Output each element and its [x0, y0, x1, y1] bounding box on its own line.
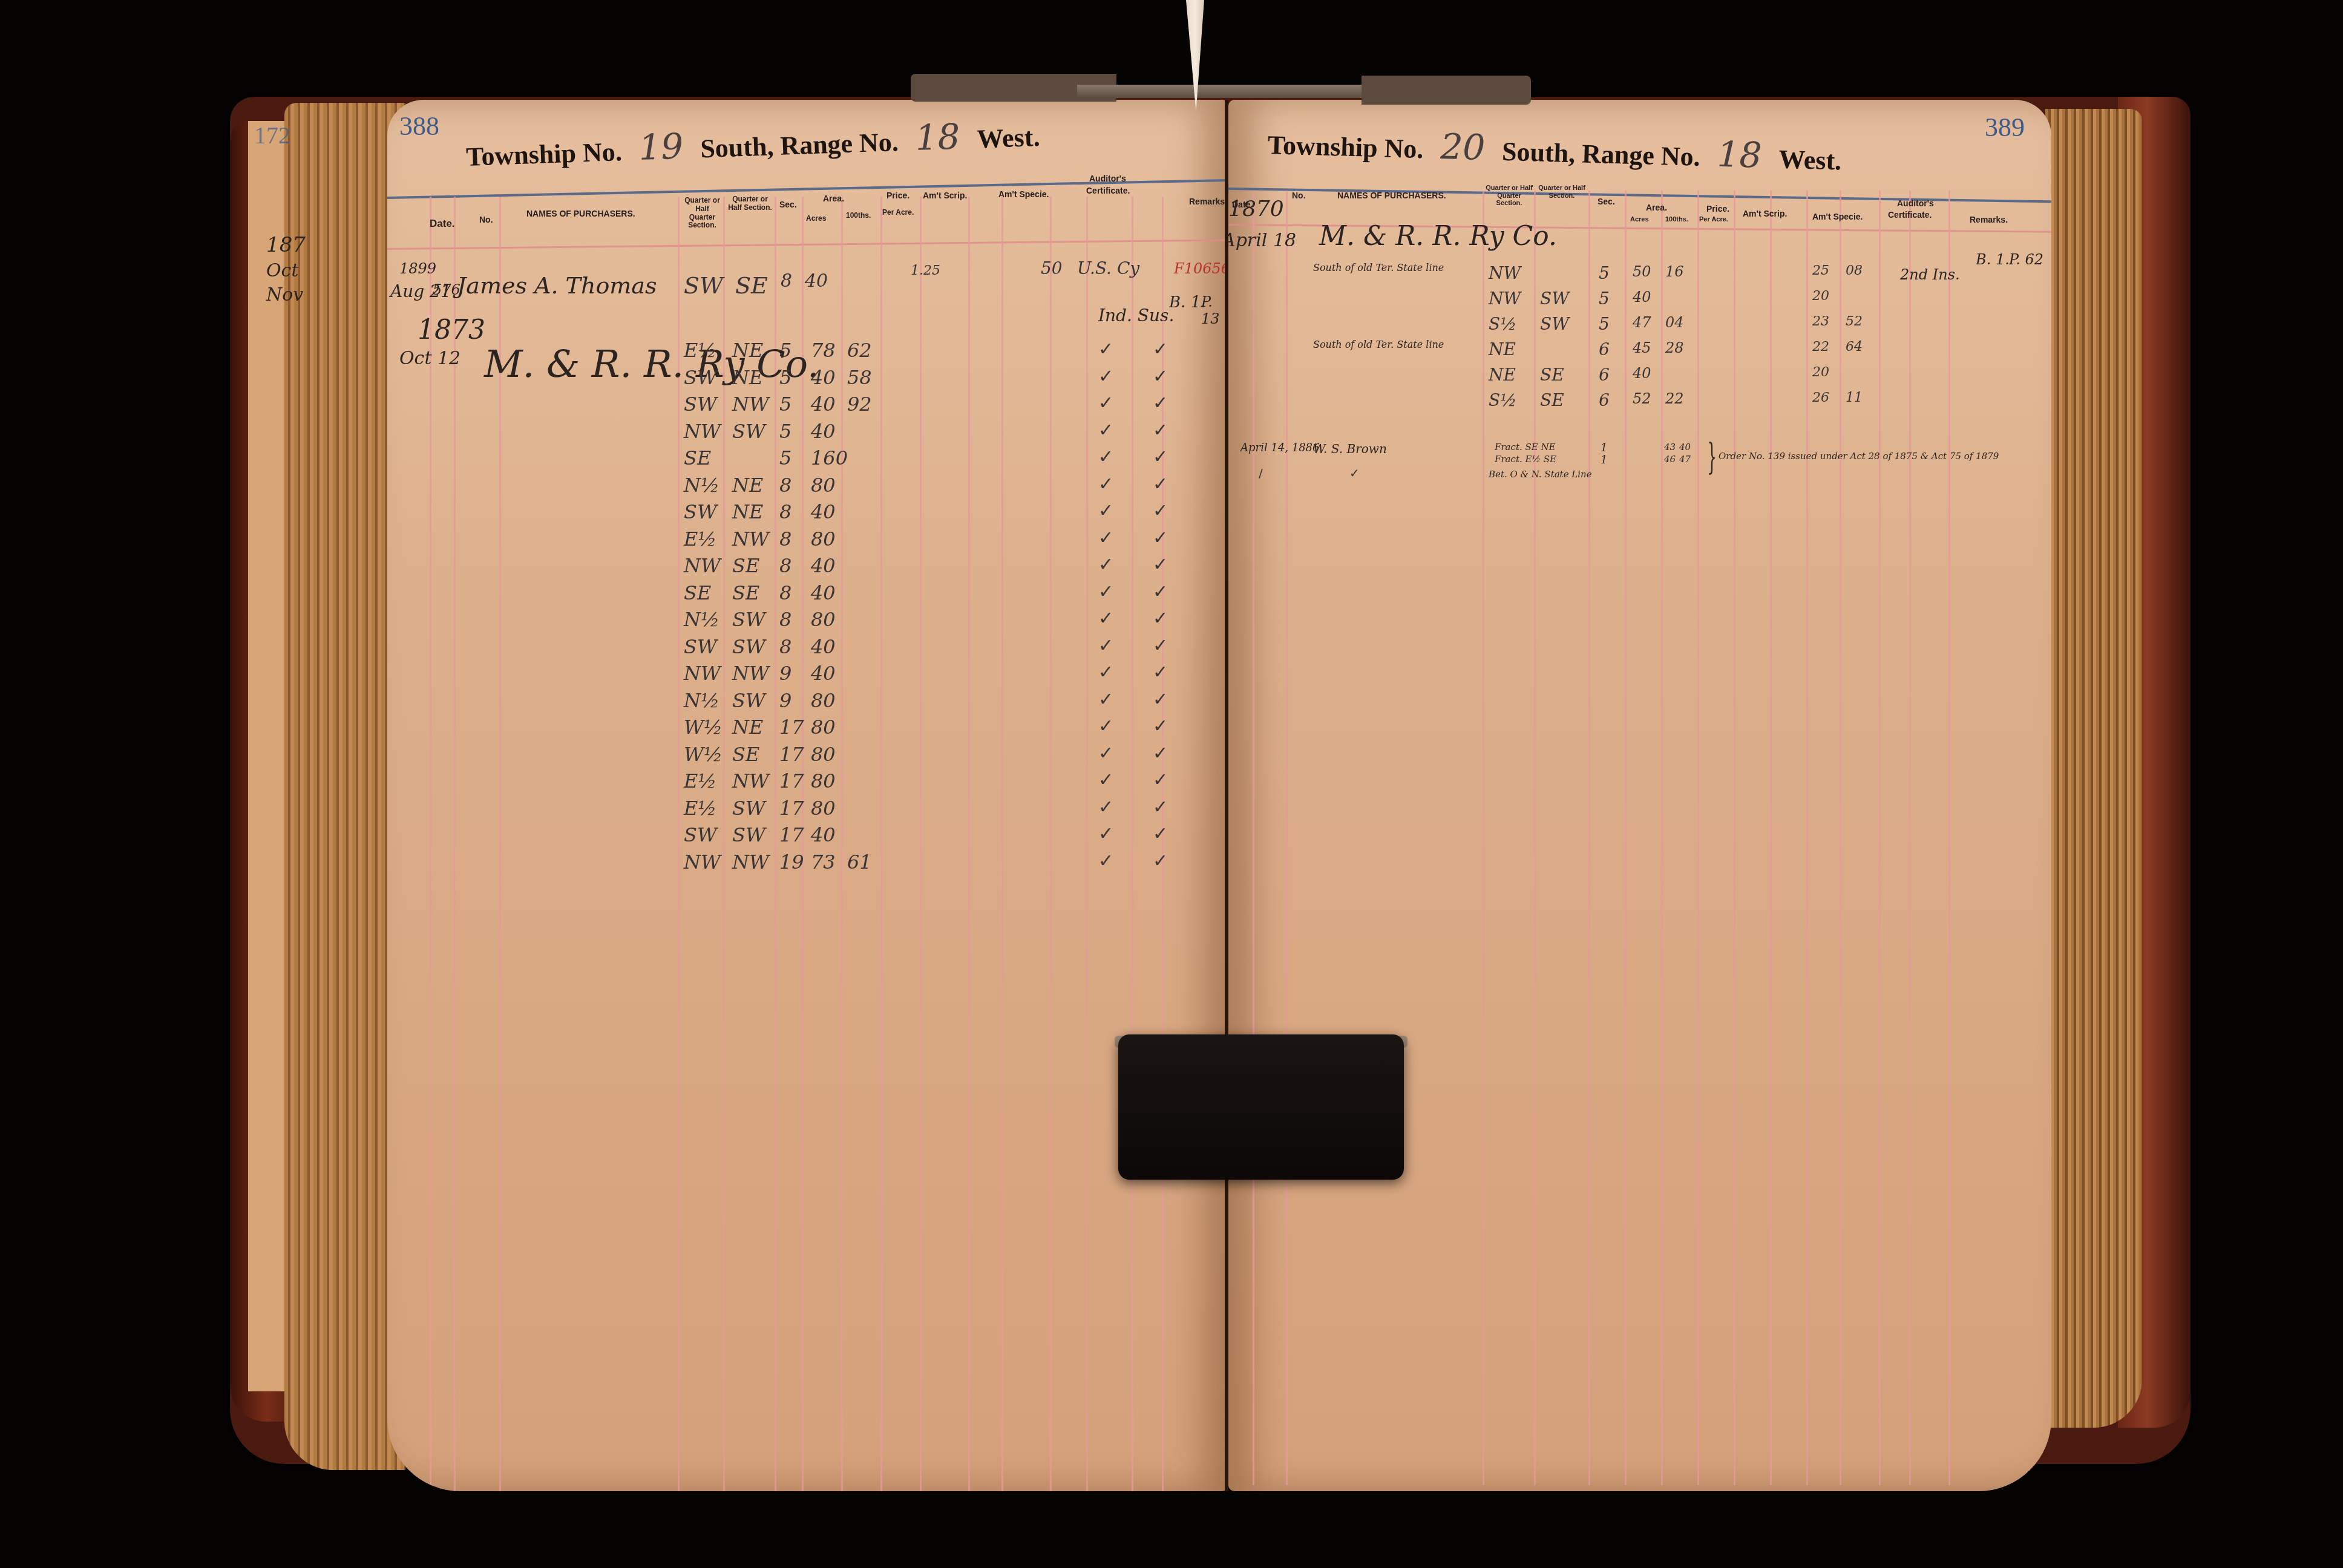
- cell-specie-cts: 08: [1846, 263, 1863, 278]
- column-rule: [1253, 191, 1254, 1485]
- column-rule: [1948, 191, 1950, 1485]
- cell-qh: SE: [1540, 390, 1564, 410]
- column-rule: [454, 197, 456, 1491]
- township-label: Township No.: [465, 137, 622, 172]
- cell-acres: 160: [811, 446, 848, 469]
- cell-sec: 6: [1599, 365, 1610, 385]
- purchaser-name: M. & R. R. Ry Co.: [484, 342, 819, 386]
- cell-qh: SW: [732, 608, 765, 631]
- cell-hundredths: 61: [847, 851, 872, 874]
- cell-sec: 6: [1599, 390, 1610, 410]
- cell-hundredths: 47: [1679, 454, 1691, 465]
- cell-acres: 50: [1633, 263, 1651, 280]
- column-rule: [1483, 191, 1484, 1485]
- col-quarter-half: Quarter or Half Section.: [1538, 185, 1585, 200]
- column-rule: [968, 197, 970, 1491]
- remark-order: Order No. 139 issued under Act 28 of 187…: [1719, 451, 1999, 462]
- cell-sec: 8: [779, 528, 791, 550]
- col-quarter-half-quarter: Quarter or Half Quarter Section.: [1486, 185, 1533, 207]
- col-per-acre: Per Acre.: [882, 209, 914, 217]
- check-mark: ✓: [1153, 500, 1168, 521]
- check-mark: ✓: [1153, 420, 1168, 441]
- cell-specie-cts: 11: [1846, 390, 1863, 405]
- cell-sec: 17: [779, 769, 804, 792]
- cell-specie-dols: 22: [1812, 339, 1829, 354]
- cell-acres: 80: [811, 769, 836, 792]
- cell-qh: NE: [732, 500, 763, 523]
- check-mark: ✓: [1153, 608, 1168, 629]
- cell-specie-dols: 20: [1812, 289, 1829, 304]
- cell-acres: 78: [811, 339, 836, 362]
- col-scrip: Am't Scrip.: [1743, 209, 1787, 218]
- cell-qh: NW: [732, 393, 769, 416]
- column-rule: [1086, 197, 1088, 1491]
- cell-qh: SW: [1540, 314, 1569, 334]
- check-mark: ✓: [1153, 339, 1168, 360]
- cell-qh: SE: [732, 554, 759, 577]
- cell-qhq: SW: [684, 272, 723, 299]
- col-area: Area.: [1646, 203, 1667, 212]
- cell-specie-dols: 23: [1812, 314, 1829, 329]
- col-remarks: Remarks.: [1970, 215, 2008, 224]
- margin-note-month-2: Nov: [266, 284, 303, 305]
- cell-specie-dols: 26: [1812, 390, 1829, 405]
- cell-specie-dols: 25: [1812, 263, 1829, 278]
- cell-acres: 40: [811, 823, 836, 846]
- cell-qhq: E½: [684, 797, 716, 820]
- cell-qh: SW: [732, 689, 765, 712]
- col-acres: Acres: [1630, 216, 1649, 224]
- cell-qhq: NW: [1489, 263, 1521, 283]
- check-mark: ✓: [1098, 393, 1113, 414]
- check-mark: ✓: [1098, 662, 1113, 683]
- cell-qhq: S½: [1489, 390, 1516, 410]
- col-date: Date.: [430, 218, 455, 230]
- col-certificate: Certificate.: [1086, 186, 1130, 195]
- col-sec: Sec.: [1597, 197, 1615, 206]
- cell-sec: 5: [1599, 314, 1610, 334]
- paperweight[interactable]: [1118, 1034, 1404, 1180]
- column-rule: [499, 197, 501, 1491]
- cell-sec: 17: [779, 716, 804, 739]
- page-title: Township No.20South, Range No.18West.: [1267, 121, 1842, 178]
- cell-qhq: SW: [684, 500, 717, 523]
- cell-sec: 8: [779, 581, 791, 604]
- cell-qhq: NW: [684, 662, 721, 685]
- margin-note-month: Oct: [266, 260, 298, 281]
- col-certificate: Certificate.: [1888, 210, 1932, 220]
- cell-qh: SE: [732, 581, 759, 604]
- page-number: 389: [1985, 112, 2025, 143]
- check-mark: ✓: [1098, 823, 1113, 844]
- col-remarks: Remarks.: [1189, 197, 1227, 206]
- cell-acres: 40: [811, 581, 836, 604]
- check-mark: ✓: [1153, 446, 1168, 468]
- cell-qhq: SW: [684, 393, 717, 416]
- entry-date: April 14, 1886: [1240, 442, 1320, 454]
- col-no: No.: [479, 215, 493, 224]
- check-mark: ✓: [1098, 554, 1113, 575]
- cell-qh: NE: [732, 716, 763, 739]
- remark-red-ink: F10656: [1174, 260, 1228, 277]
- cell-qh: NW: [732, 528, 769, 550]
- cell-acres: 52: [1633, 390, 1651, 407]
- cell-price: 1.25: [911, 263, 940, 278]
- check-mark: ✓: [1153, 366, 1168, 387]
- col-acres: Acres: [806, 215, 826, 223]
- cell-sec: 6: [1599, 339, 1610, 359]
- cell-qhq: W½: [684, 743, 723, 766]
- check-mark: ✓: [1098, 769, 1113, 791]
- cell-acres: 40: [811, 635, 836, 658]
- cell-qhq: NW: [1489, 289, 1521, 309]
- cell-acres: 80: [811, 716, 836, 739]
- column-rule: [1001, 197, 1003, 1491]
- township-label: Township No.: [1267, 130, 1424, 164]
- cell-acres: 45: [1633, 339, 1651, 356]
- entry-date: April 18: [1228, 230, 1296, 251]
- purchaser-name: M. & R. R. Ry Co.: [1319, 221, 1557, 252]
- col-price: Price.: [1706, 204, 1729, 214]
- cell-qhq: N½: [684, 689, 719, 712]
- cell-acres: 40: [811, 420, 836, 443]
- cell-acres: 43: [1664, 442, 1676, 452]
- cell-sec: 1: [1601, 442, 1607, 454]
- column-rule: [775, 197, 776, 1491]
- column-rule: [841, 197, 843, 1491]
- cell-qhq: NW: [684, 420, 721, 443]
- col-specie: Am't Specie.: [998, 189, 1049, 199]
- cell-sec: 5: [779, 393, 791, 416]
- range-number: 18: [914, 116, 960, 159]
- cell-qhq: SW: [684, 635, 717, 658]
- right-page: 389 Township No.20South, Range No.18West…: [1228, 100, 2051, 1491]
- check-mark: ✓: [1153, 689, 1168, 710]
- cell-qh: NW: [732, 851, 769, 874]
- cell-sec: 8: [779, 474, 791, 497]
- spatula-shaft: [1077, 85, 1392, 98]
- remark-book: B. 1.: [1976, 251, 2010, 268]
- cell-specie-note: U.S. Cy: [1077, 258, 1139, 278]
- entry-year: 1870: [1228, 197, 1284, 221]
- col-hundredths: 100ths.: [1665, 216, 1688, 224]
- col-quarter-half: Quarter or Half Section.: [727, 195, 773, 212]
- township-number: 19: [638, 125, 684, 168]
- check-mark: ✓: [1153, 554, 1168, 575]
- col-specie: Am't Specie.: [1812, 212, 1863, 221]
- column-rule: [880, 197, 882, 1491]
- cell-acres: 40: [811, 554, 836, 577]
- cell-specie-cts: 64: [1846, 339, 1863, 354]
- remark-book: B. 1.: [1169, 293, 1205, 312]
- bracket: }: [1707, 436, 1716, 478]
- direction-label: West.: [1778, 145, 1842, 176]
- column-rule: [1697, 191, 1699, 1485]
- cell-qh: NE: [732, 366, 763, 389]
- margin-note-year: 187: [266, 233, 306, 257]
- col-quarter-half-quarter: Quarter or Half Quarter Section.: [683, 197, 722, 230]
- check-mark: ✓: [1153, 823, 1168, 844]
- check-mark: ✓: [1349, 466, 1360, 480]
- cell-qh: SE: [1540, 365, 1564, 385]
- remark-page: P. 62: [2009, 251, 2043, 268]
- cell-sec: 9: [779, 662, 791, 685]
- cell-sec: 8: [779, 500, 791, 523]
- check-mark: ✓: [1098, 851, 1113, 872]
- cell-acres: 40: [1633, 289, 1651, 305]
- cell-qhq: NW: [684, 851, 721, 874]
- cell-hundredths: 62: [847, 339, 872, 362]
- cell-hundredths: 58: [847, 366, 872, 389]
- column-rule: [1286, 191, 1288, 1485]
- cell-hundredths: 04: [1665, 314, 1684, 331]
- cell-qhq: N½: [684, 608, 719, 631]
- remark-2nd-ins: 2nd Ins.: [1900, 266, 1960, 283]
- check-mark: ✓: [1153, 769, 1168, 791]
- cell-acres: 40: [811, 366, 836, 389]
- cell-qh: NE: [732, 339, 763, 362]
- cell-sec: 17: [779, 743, 804, 766]
- entry-date: Oct 12: [399, 348, 460, 369]
- cell-qh: SW: [1540, 289, 1569, 309]
- column-rule: [1770, 191, 1772, 1485]
- cell-hundredths: 40: [1679, 442, 1691, 452]
- cell-specie-cts: 52: [1846, 314, 1863, 329]
- page-number: 388: [399, 111, 439, 142]
- cell-acres: 40: [805, 270, 828, 292]
- cell-acres: 40: [811, 393, 836, 416]
- cell-acres: 80: [811, 797, 836, 820]
- check-mark: ✓: [1153, 528, 1168, 549]
- check-mark: ✓: [1153, 716, 1168, 737]
- check-mark: ✓: [1153, 851, 1168, 872]
- cell-sec: 8: [779, 554, 791, 577]
- group-note: South of old Ter. State line: [1313, 339, 1444, 350]
- cell-qh: SE: [732, 743, 759, 766]
- cell-acres: 47: [1633, 314, 1651, 331]
- cell-qh: NW: [732, 662, 769, 685]
- cell-sec: 5: [779, 339, 791, 362]
- cell-specie: 50: [1041, 258, 1063, 278]
- range-label: South, Range No.: [700, 127, 899, 163]
- cell-sec: 5: [779, 366, 791, 389]
- cell-acres: 80: [811, 474, 836, 497]
- purchaser-name: W. S. Brown: [1313, 442, 1387, 456]
- col-per-acre: Per Acre.: [1699, 216, 1728, 224]
- cell-sec: 5: [1599, 289, 1610, 309]
- cell-acres: 73: [811, 851, 836, 874]
- spatula-blade-right: [1362, 76, 1531, 105]
- col-auditor: Auditor's: [1897, 198, 1934, 208]
- cell-qh: SW: [732, 797, 765, 820]
- cell-qhq: SE: [684, 581, 711, 604]
- right-page-stack: [2045, 109, 2142, 1428]
- column-rule: [1806, 191, 1808, 1485]
- cell-sec: 17: [779, 797, 804, 820]
- cell-hundredths: 92: [847, 393, 872, 416]
- cell-qh: SW: [732, 823, 765, 846]
- cell-acres: 40: [811, 662, 836, 685]
- column-rule: [430, 197, 431, 1491]
- direction-label: West.: [977, 122, 1041, 154]
- header-bottom-rule: [387, 239, 1228, 250]
- check-mark: ✓: [1153, 474, 1168, 495]
- col-sec: Sec.: [779, 200, 797, 209]
- entry-year: 1873: [418, 315, 485, 345]
- cell-sec: 5: [779, 420, 791, 443]
- check-mark: ✓: [1098, 420, 1113, 441]
- range-number: 18: [1717, 134, 1763, 176]
- cell-qh: SW: [732, 420, 765, 443]
- cell-qh: NE: [732, 474, 763, 497]
- left-page: 388 Township No.19South, Range No.18West…: [387, 100, 1228, 1491]
- cell-sec: 8: [779, 635, 791, 658]
- group-note: South of old Ter. State line: [1313, 262, 1444, 273]
- cell-acres: 80: [811, 689, 836, 712]
- page-title: Township No.19South, Range No.18West.: [465, 113, 1041, 174]
- cell-acres: 46: [1664, 454, 1676, 465]
- cell-qhq: SW: [684, 823, 717, 846]
- check-mark: ✓: [1098, 500, 1113, 521]
- check-mark: ✓: [1153, 635, 1168, 656]
- check-mark: ✓: [1098, 474, 1113, 495]
- previous-page-number: 172: [254, 121, 290, 149]
- column-rule: [1734, 191, 1735, 1485]
- remark-ind-sus: Ind. Sus.: [1098, 305, 1174, 325]
- column-rule: [1050, 197, 1052, 1491]
- cell-qhq: Fract. E½ SE: [1495, 454, 1556, 465]
- col-names: NAMES OF PURCHASERS.: [1337, 191, 1446, 200]
- check-mark: ✓: [1098, 446, 1113, 468]
- col-no: No.: [1292, 191, 1306, 200]
- check-mark: ✓: [1153, 797, 1168, 818]
- purchaser-name: James A. Thomas: [457, 272, 657, 299]
- tract-note: Bet. O & N. State Line: [1489, 469, 1592, 480]
- cell-qhq: E½: [684, 339, 716, 362]
- col-names: NAMES OF PURCHASERS.: [526, 209, 635, 218]
- column-rule: [723, 197, 725, 1491]
- cell-sec: 17: [779, 823, 804, 846]
- check-mark: ✓: [1098, 339, 1113, 360]
- cell-hundredths: 22: [1665, 390, 1684, 407]
- cell-sec: 8: [779, 608, 791, 631]
- col-hundredths: 100ths.: [846, 212, 871, 220]
- cell-qhq: Fract. SE NE: [1495, 442, 1556, 452]
- cell-sec: 8: [781, 270, 792, 292]
- column-rule: [678, 197, 680, 1491]
- col-area: Area.: [823, 194, 844, 203]
- cell-qhq: N½: [684, 474, 719, 497]
- cell-qhq: S½: [1489, 314, 1516, 334]
- cell-qhq: E½: [684, 528, 716, 550]
- range-label: South, Range No.: [1501, 137, 1700, 172]
- col-price: Price.: [886, 191, 909, 200]
- check-mark: ✓: [1098, 528, 1113, 549]
- column-rule: [1661, 191, 1663, 1485]
- cell-sec: 19: [779, 851, 804, 874]
- cell-qhq: NE: [1489, 339, 1516, 359]
- cell-sec: 5: [779, 446, 791, 469]
- check-mark: ✓: [1153, 743, 1168, 764]
- check-mark: ✓: [1098, 689, 1113, 710]
- column-rule: [1588, 191, 1590, 1485]
- cell-hundredths: 16: [1665, 263, 1684, 280]
- check-mark: ✓: [1098, 716, 1113, 737]
- cell-qhq: SE: [684, 446, 711, 469]
- col-scrip: Am't Scrip.: [923, 191, 967, 200]
- cell-acres: 80: [811, 608, 836, 631]
- entry-no: 576: [433, 281, 460, 298]
- column-rule: [1840, 191, 1841, 1485]
- cell-sec: 9: [779, 689, 791, 712]
- cell-qhq: E½: [684, 769, 716, 792]
- cell-qhq: W½: [684, 716, 723, 739]
- cell-qhq: SW: [684, 366, 717, 389]
- column-rule: [1534, 191, 1536, 1485]
- cell-sec: 1: [1601, 454, 1607, 466]
- check-mark: ✓: [1098, 366, 1113, 387]
- cell-qhq: NE: [1489, 365, 1516, 385]
- check-mark: ✓: [1098, 635, 1113, 656]
- cell-qh: SE: [735, 272, 768, 299]
- cell-qh: SW: [732, 635, 765, 658]
- check-mark: ✓: [1098, 608, 1113, 629]
- column-rule: [1879, 191, 1881, 1485]
- cell-qh: NW: [732, 769, 769, 792]
- column-rule: [920, 197, 922, 1491]
- cell-acres: 80: [811, 528, 836, 550]
- book-gutter: [1225, 100, 1228, 1491]
- check-mark: ✓: [1098, 743, 1113, 764]
- check-mark: ✓: [1098, 797, 1113, 818]
- check-mark: ✓: [1153, 581, 1168, 603]
- check-mark: ✓: [1153, 662, 1168, 683]
- column-rule: [1625, 191, 1627, 1485]
- cell-acres: 40: [1633, 365, 1651, 382]
- check-mark: ✓: [1153, 393, 1168, 414]
- entry-year: 1899: [399, 260, 436, 277]
- check-mark: /: [1259, 466, 1263, 480]
- column-rule: [1909, 191, 1911, 1485]
- cell-sec: 5: [1599, 263, 1610, 283]
- cell-acres: 40: [811, 500, 836, 523]
- column-rule: [1132, 197, 1133, 1491]
- cell-acres: 80: [811, 743, 836, 766]
- township-number: 20: [1440, 126, 1486, 168]
- col-auditor: Auditor's: [1089, 174, 1126, 183]
- cell-specie-dols: 20: [1812, 365, 1829, 380]
- check-mark: ✓: [1098, 581, 1113, 603]
- cell-hundredths: 28: [1665, 339, 1684, 356]
- cell-qhq: NW: [684, 554, 721, 577]
